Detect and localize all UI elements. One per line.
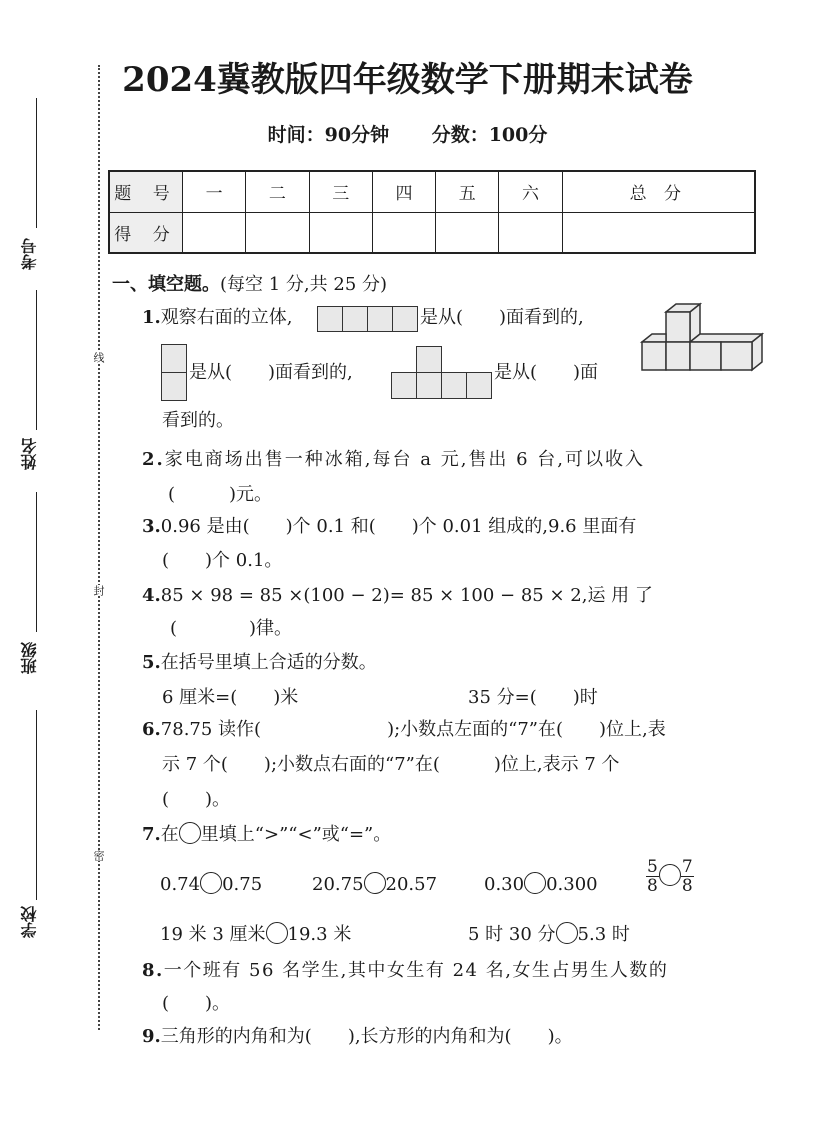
exam-score: 分数：100分 — [432, 124, 548, 146]
exam-subtitle: 时间：90分钟 分数：100分 — [0, 120, 815, 147]
compare-item: 0.740.75 — [160, 872, 262, 895]
question-1: 1.观察右面的立体, — [142, 305, 293, 331]
score-table-header-cell: 四 — [372, 171, 435, 212]
score-cell[interactable] — [562, 212, 755, 253]
question-2-blank[interactable]: ( )元。 — [168, 482, 272, 508]
fraction: 78 — [681, 858, 694, 895]
question-6: 6.78.75 读作( );小数点左面的“7”在( )位上,表 — [142, 717, 666, 743]
exam-time: 时间：90分钟 — [268, 124, 389, 146]
score-table-header-row: 题 号 一 二 三 四 五 六 总 分 — [109, 171, 755, 212]
score-table-header-cell: 六 — [499, 171, 562, 212]
question-8: 8.一个班有 56 名学生,其中女生有 24 名,女生占男生人数的 — [142, 958, 668, 984]
score-cell[interactable] — [309, 212, 372, 253]
seal-label-line: 线 — [90, 352, 106, 363]
compare-circle[interactable] — [266, 922, 288, 944]
score-cell[interactable] — [499, 212, 562, 253]
score-table-header-cell: 三 — [309, 171, 372, 212]
question-6-line-3[interactable]: ( )。 — [162, 787, 230, 813]
exam-number-line[interactable] — [36, 98, 37, 228]
question-1-blank-1[interactable]: 是从( )面看到的, — [420, 305, 584, 331]
question-5-item-b[interactable]: 35 分=( )时 — [468, 683, 598, 709]
compare-item: 20.7520.57 — [312, 872, 437, 895]
question-1-blank-3[interactable]: 是从( )面 — [494, 360, 598, 386]
section-note: (每空 1 分,共 25 分) — [220, 274, 387, 295]
question-4: 4.85 × 98 = 85 ×(100 − 2)= 85 × 100 − 85… — [142, 583, 653, 609]
compare-item: 19 米 3 厘米19.3 米 — [160, 920, 351, 946]
class-line[interactable] — [36, 492, 37, 632]
question-1-blank-2[interactable]: 是从( )面看到的, — [189, 360, 353, 386]
question-2: 2.家电商场出售一种冰箱,每台 a 元,售出 6 台,可以收入 — [142, 447, 645, 473]
compare-circle[interactable] — [524, 872, 546, 894]
question-3-blank[interactable]: ( )个 0.1。 — [162, 548, 282, 574]
name-label: 姓名 — [18, 438, 41, 470]
question-7: 7.在里填上“>”“<”或“=”。 — [142, 822, 391, 848]
question-8-blank[interactable]: ( )。 — [162, 991, 230, 1017]
score-table-score-label: 得 分 — [109, 212, 183, 253]
question-3: 3.0.96 是由( )个 0.1 和( )个 0.01 组成的,9.6 里面有 — [142, 514, 636, 540]
question-5-item-a[interactable]: 6 厘米=( )米 — [162, 683, 298, 709]
compare-item: 0.300.300 — [484, 872, 598, 895]
score-cell[interactable] — [436, 212, 499, 253]
section-heading: 一、填空题。(每空 1 分,共 25 分) — [112, 270, 387, 296]
exam-title: 2024冀教版四年级数学下册期末试卷 — [0, 52, 815, 101]
class-label: 班级 — [18, 642, 41, 674]
compare-circle[interactable] — [659, 864, 681, 886]
circle-icon — [179, 822, 201, 844]
school-line[interactable] — [36, 710, 37, 900]
question-9: 9.三角形的内角和为( ),长方形的内角和为( )。 — [142, 1024, 573, 1050]
score-table-header-cell: 二 — [246, 171, 309, 212]
seal-dotted-line — [98, 65, 100, 1030]
compare-circle[interactable] — [364, 872, 386, 894]
score-cell[interactable] — [372, 212, 435, 253]
school-label: 学校 — [18, 906, 41, 938]
compare-circle[interactable] — [556, 922, 578, 944]
score-cell[interactable] — [246, 212, 309, 253]
question-1-tail: 看到的。 — [162, 408, 234, 434]
exam-number-label: 考号 — [18, 238, 41, 270]
section-title: 一、填空题。 — [112, 274, 220, 295]
compare-circle[interactable] — [200, 872, 222, 894]
score-table-header-cell: 总 分 — [562, 171, 755, 212]
question-6-line-2[interactable]: 示 7 个( );小数点右面的“7”在( )位上,表示 7 个 — [162, 752, 620, 778]
score-table-header-cell: 题 号 — [109, 171, 183, 212]
seal-label-seal: 封 — [90, 585, 106, 596]
score-table-header-cell: 一 — [183, 171, 246, 212]
score-cell[interactable] — [183, 212, 246, 253]
compare-item: 5 时 30 分5.3 时 — [468, 920, 630, 946]
name-line[interactable] — [36, 290, 37, 430]
fraction: 58 — [646, 858, 659, 895]
question-5: 5.在括号里填上合适的分数。 — [142, 650, 377, 676]
question-4-blank[interactable]: ( )律。 — [170, 616, 292, 642]
score-table: 题 号 一 二 三 四 五 六 总 分 得 分 — [108, 170, 756, 254]
seal-label-secret: 密 — [90, 850, 106, 861]
score-table-score-row: 得 分 — [109, 212, 755, 253]
compare-item-fraction: 5878 — [646, 858, 694, 895]
score-table-header-cell: 五 — [436, 171, 499, 212]
solid-figure-icon — [638, 302, 783, 374]
